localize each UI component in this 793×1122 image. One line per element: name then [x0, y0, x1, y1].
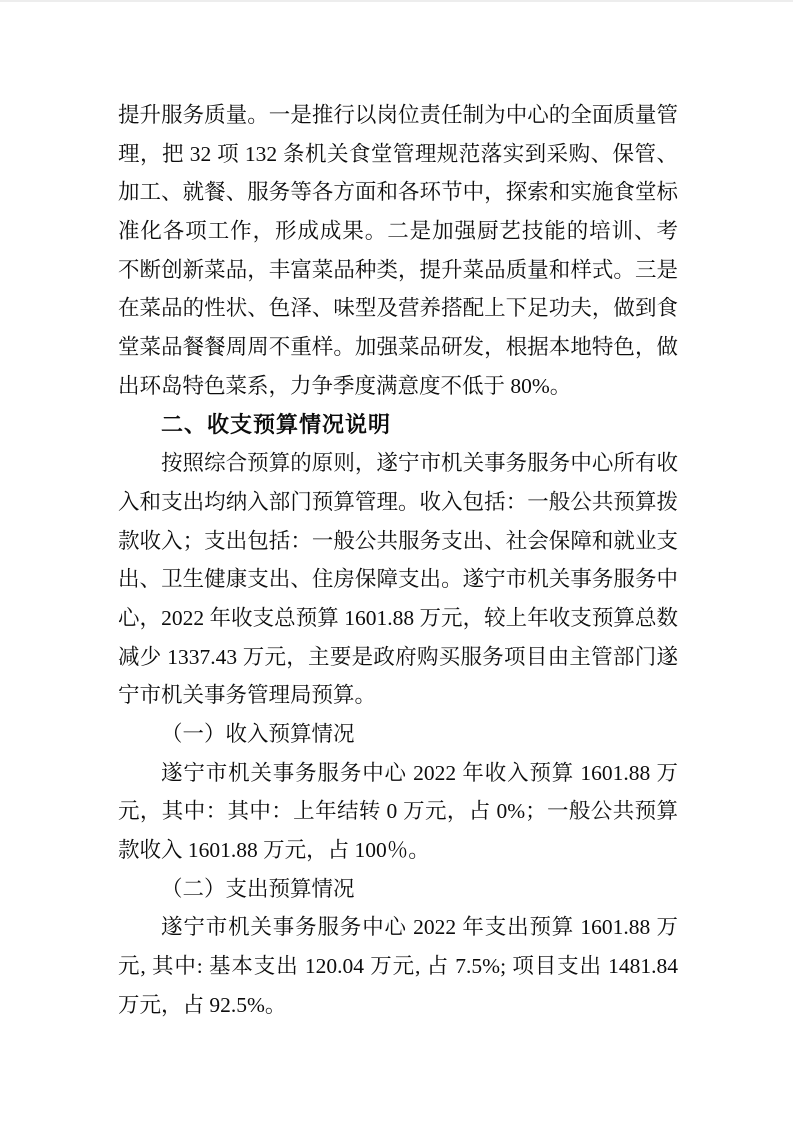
text-line: 出环岛特色菜系，力争季度满意度不低于 80%。 [118, 367, 678, 406]
text-line: 按照综合预算的原则，遂宁市机关事务服务中心所有收 [118, 444, 678, 483]
text-line: 理，把 32 项 132 条机关食堂管理规范落实到采购、保管、 [118, 135, 678, 174]
subheading-expenditure-budget: （二）支出预算情况 [118, 870, 678, 909]
text-line: 入和支出均纳入部门预算管理。收入包括：一般公共预算拨 [118, 483, 678, 522]
section-heading-budget-overview: 二、收支预算情况说明 [118, 406, 678, 445]
document-text-block: 提升服务质量。一是推行以岗位责任制为中心的全面质量管 理，把 32 项 132 … [118, 96, 678, 1025]
text-line: 堂菜品餐餐周周不重样。加强菜品研发，根据本地特色，做 [118, 328, 678, 367]
text-line: 遂宁市机关事务服务中心 2022 年收入预算 1601.88 万 [118, 754, 678, 793]
text-line: 万元，占 92.5%。 [118, 986, 678, 1025]
text-line: 元，其中：其中：上年结转 0 万元，占 0%；一般公共预算拨 [118, 792, 678, 831]
text-line: 心，2022 年收支总预算 1601.88 万元，较上年收支预算总数 [118, 599, 678, 638]
text-line: 准化各项工作，形成成果。二是加强厨艺技能的培训、考核， [118, 212, 678, 251]
text-line: 加工、就餐、服务等各方面和各环节中，探索和实施食堂标 [118, 173, 678, 212]
text-line: 减少 1337.43 万元，主要是政府购买服务项目由主管部门遂 [118, 638, 678, 677]
text-line: 在菜品的性状、色泽、味型及营养搭配上下足功夫，做到食 [118, 289, 678, 328]
text-line: 款收入；支出包括：一般公共服务支出、社会保障和就业支 [118, 522, 678, 561]
subheading-income-budget: （一）收入预算情况 [118, 715, 678, 754]
text-line: 宁市机关事务管理局预算。 [118, 676, 678, 715]
text-line: 提升服务质量。一是推行以岗位责任制为中心的全面质量管 [118, 96, 678, 135]
text-line: 不断创新菜品，丰富菜品种类，提升菜品质量和样式。三是 [118, 251, 678, 290]
text-line: 遂宁市机关事务服务中心 2022 年支出预算 1601.88 万 [118, 908, 678, 947]
text-line: 元, 其中: 基本支出 120.04 万元, 占 7.5%; 项目支出 1481… [118, 947, 678, 986]
page-top-edge [0, 0, 793, 2]
document-page: 提升服务质量。一是推行以岗位责任制为中心的全面质量管 理，把 32 项 132 … [0, 0, 793, 1122]
text-line: 款收入 1601.88 万元，占 100％。 [118, 831, 678, 870]
text-line: 出、卫生健康支出、住房保障支出。遂宁市机关事务服务中 [118, 560, 678, 599]
